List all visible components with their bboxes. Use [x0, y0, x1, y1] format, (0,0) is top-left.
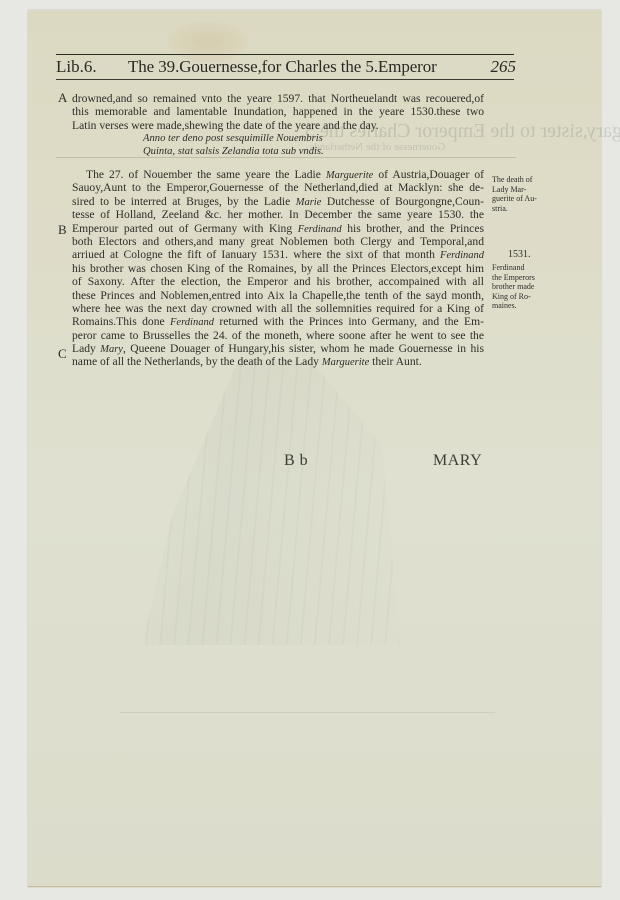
book-number: Lib.6. [56, 57, 97, 77]
text-line: The 27. of Nouember the same yeare the L… [72, 168, 484, 181]
text-line: Sauoy,Aunt to the Emperor,Gouernesse of … [72, 181, 484, 194]
side-note-death-marguerite: The death of Lady Mar- guerite of Au- st… [492, 175, 550, 213]
text-line: Latin verses were made,shewing the date … [72, 119, 484, 132]
paragraph-inundation: drowned,and so remained vnto the yeare 1… [72, 92, 484, 132]
margin-letter-a: A [58, 90, 67, 106]
show-through-rule [120, 712, 495, 713]
header-title: The 39.Gouernesse,for Charles the 5.Empe… [128, 57, 437, 77]
text-line: peror came to Brusselles the 24. of the … [72, 329, 484, 342]
text-line: sired to be interred at Bruges, by the L… [72, 195, 484, 208]
text-line: drowned,and so remained vnto the yeare 1… [72, 92, 484, 105]
text-line: these Princes and Noblemen,entred into A… [72, 289, 484, 302]
side-note-ferdinand: Ferdinand the Emperors brother made King… [492, 263, 550, 311]
text-line: Lady Mary, Queene Douager of Hungary,his… [72, 342, 484, 355]
text-line: Romains.This done Ferdinand returned wit… [72, 315, 484, 328]
side-note-year: 1531. [508, 249, 531, 260]
latin-verses: Anno ter deno post sesquimille Nouembris… [143, 132, 443, 158]
text-line: both Electors and others,and many great … [72, 235, 484, 248]
margin-letter-b: B [58, 222, 67, 238]
text-line: Emperour parted out of Germany with King… [72, 222, 484, 235]
margin-letter-c: C [58, 346, 67, 362]
page-number: 265 [491, 57, 517, 77]
text-line: tesse of Holland, Zeeland &c. her mother… [72, 208, 484, 221]
header-top-rule [56, 54, 514, 55]
text-line: name of all the Netherlands, by the deat… [72, 355, 484, 368]
catchword: MARY [433, 452, 482, 470]
verse-line: Anno ter deno post sesquimille Nouembris [143, 132, 443, 145]
paragraph-marguerite: The 27. of Nouember the same yeare the L… [72, 168, 484, 369]
signature-mark: B b [284, 452, 308, 470]
verse-separator [56, 157, 516, 158]
text-line: of Saxony. After the election, the Emper… [72, 275, 484, 288]
text-line: where hee was the next day crowned with … [72, 302, 484, 315]
text-line: arriued at Cologne the fift of Ianuary 1… [72, 248, 484, 261]
text-line: this memorable and lamentable Inundation… [72, 105, 484, 118]
header-bottom-rule [56, 79, 514, 80]
text-line: his brother was chosen King of the Romai… [72, 262, 484, 275]
running-header: Lib.6. The 39.Gouernesse,for Charles the… [56, 57, 516, 79]
paper-stain [168, 22, 248, 62]
